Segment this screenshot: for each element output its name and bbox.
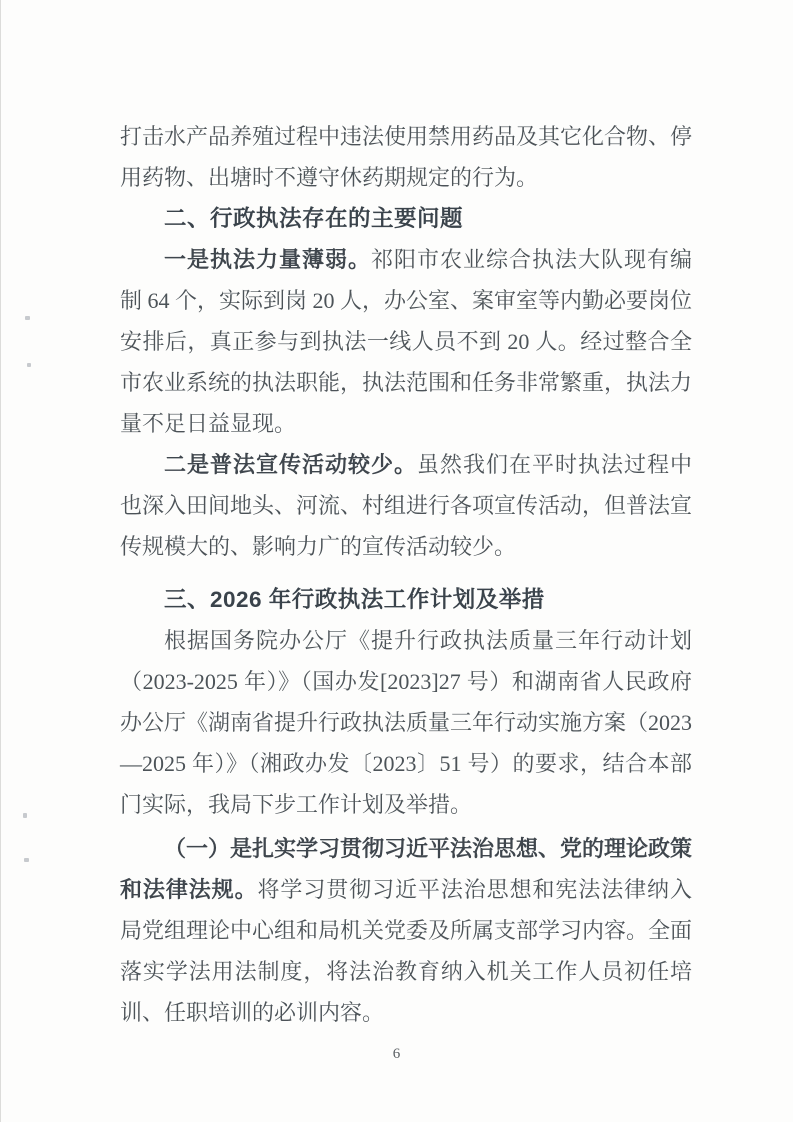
paragraph-lead: 二是普法宣传活动较少。 [164,452,417,477]
paragraph-text: 打击水产品养殖过程中违法使用禁用药品及其它化合物、停用药物、出塘时不遵守休药期规… [120,124,692,190]
page-number: 6 [0,1044,793,1064]
scan-speck [23,813,27,818]
paragraph-legal-publicity: 二是普法宣传活动较少。虽然我们在平时执法过程中也深入田间地头、河流、村组进行各项… [120,444,692,567]
paragraph-enforcement-capacity: 一是执法力量薄弱。祁阳市农业综合执法大队现有编制 64 个，实际到岗 20 人，… [120,239,692,444]
section-heading-2: 二、行政执法存在的主要问题 [120,198,692,239]
paragraph-text: 根据国务院办公厅《提升行政执法质量三年行动计划（2023-2025 年）》（国办… [120,628,692,817]
paragraph-text: 祁阳市农业综合执法大队现有编制 64 个，实际到岗 20 人，办公室、案审室等内… [120,247,692,436]
scan-speck [24,858,29,862]
document-body: 打击水产品养殖过程中违法使用禁用药品及其它化合物、停用药物、出塘时不遵守休药期规… [120,116,692,1033]
scan-speck [25,316,30,320]
section-heading-3: 三、2026 年行政执法工作计划及举措 [120,579,692,620]
paragraph-continuation: 打击水产品养殖过程中违法使用禁用药品及其它化合物、停用药物、出塘时不遵守休药期规… [120,116,692,198]
document-page: 打击水产品养殖过程中违法使用禁用药品及其它化合物、停用药物、出塘时不遵守休药期规… [0,0,793,1122]
paragraph-lead: 一是执法力量薄弱。 [164,247,371,272]
paragraph-measure-one: （一）是扎实学习贯彻习近平法治思想、党的理论政策和法律法规。将学习贯彻习近平法治… [120,828,692,1033]
scan-speck [27,363,31,367]
scan-edge-artifact [0,0,1,1122]
paragraph-policy-basis: 根据国务院办公厅《提升行政执法质量三年行动计划（2023-2025 年）》（国办… [120,620,692,825]
